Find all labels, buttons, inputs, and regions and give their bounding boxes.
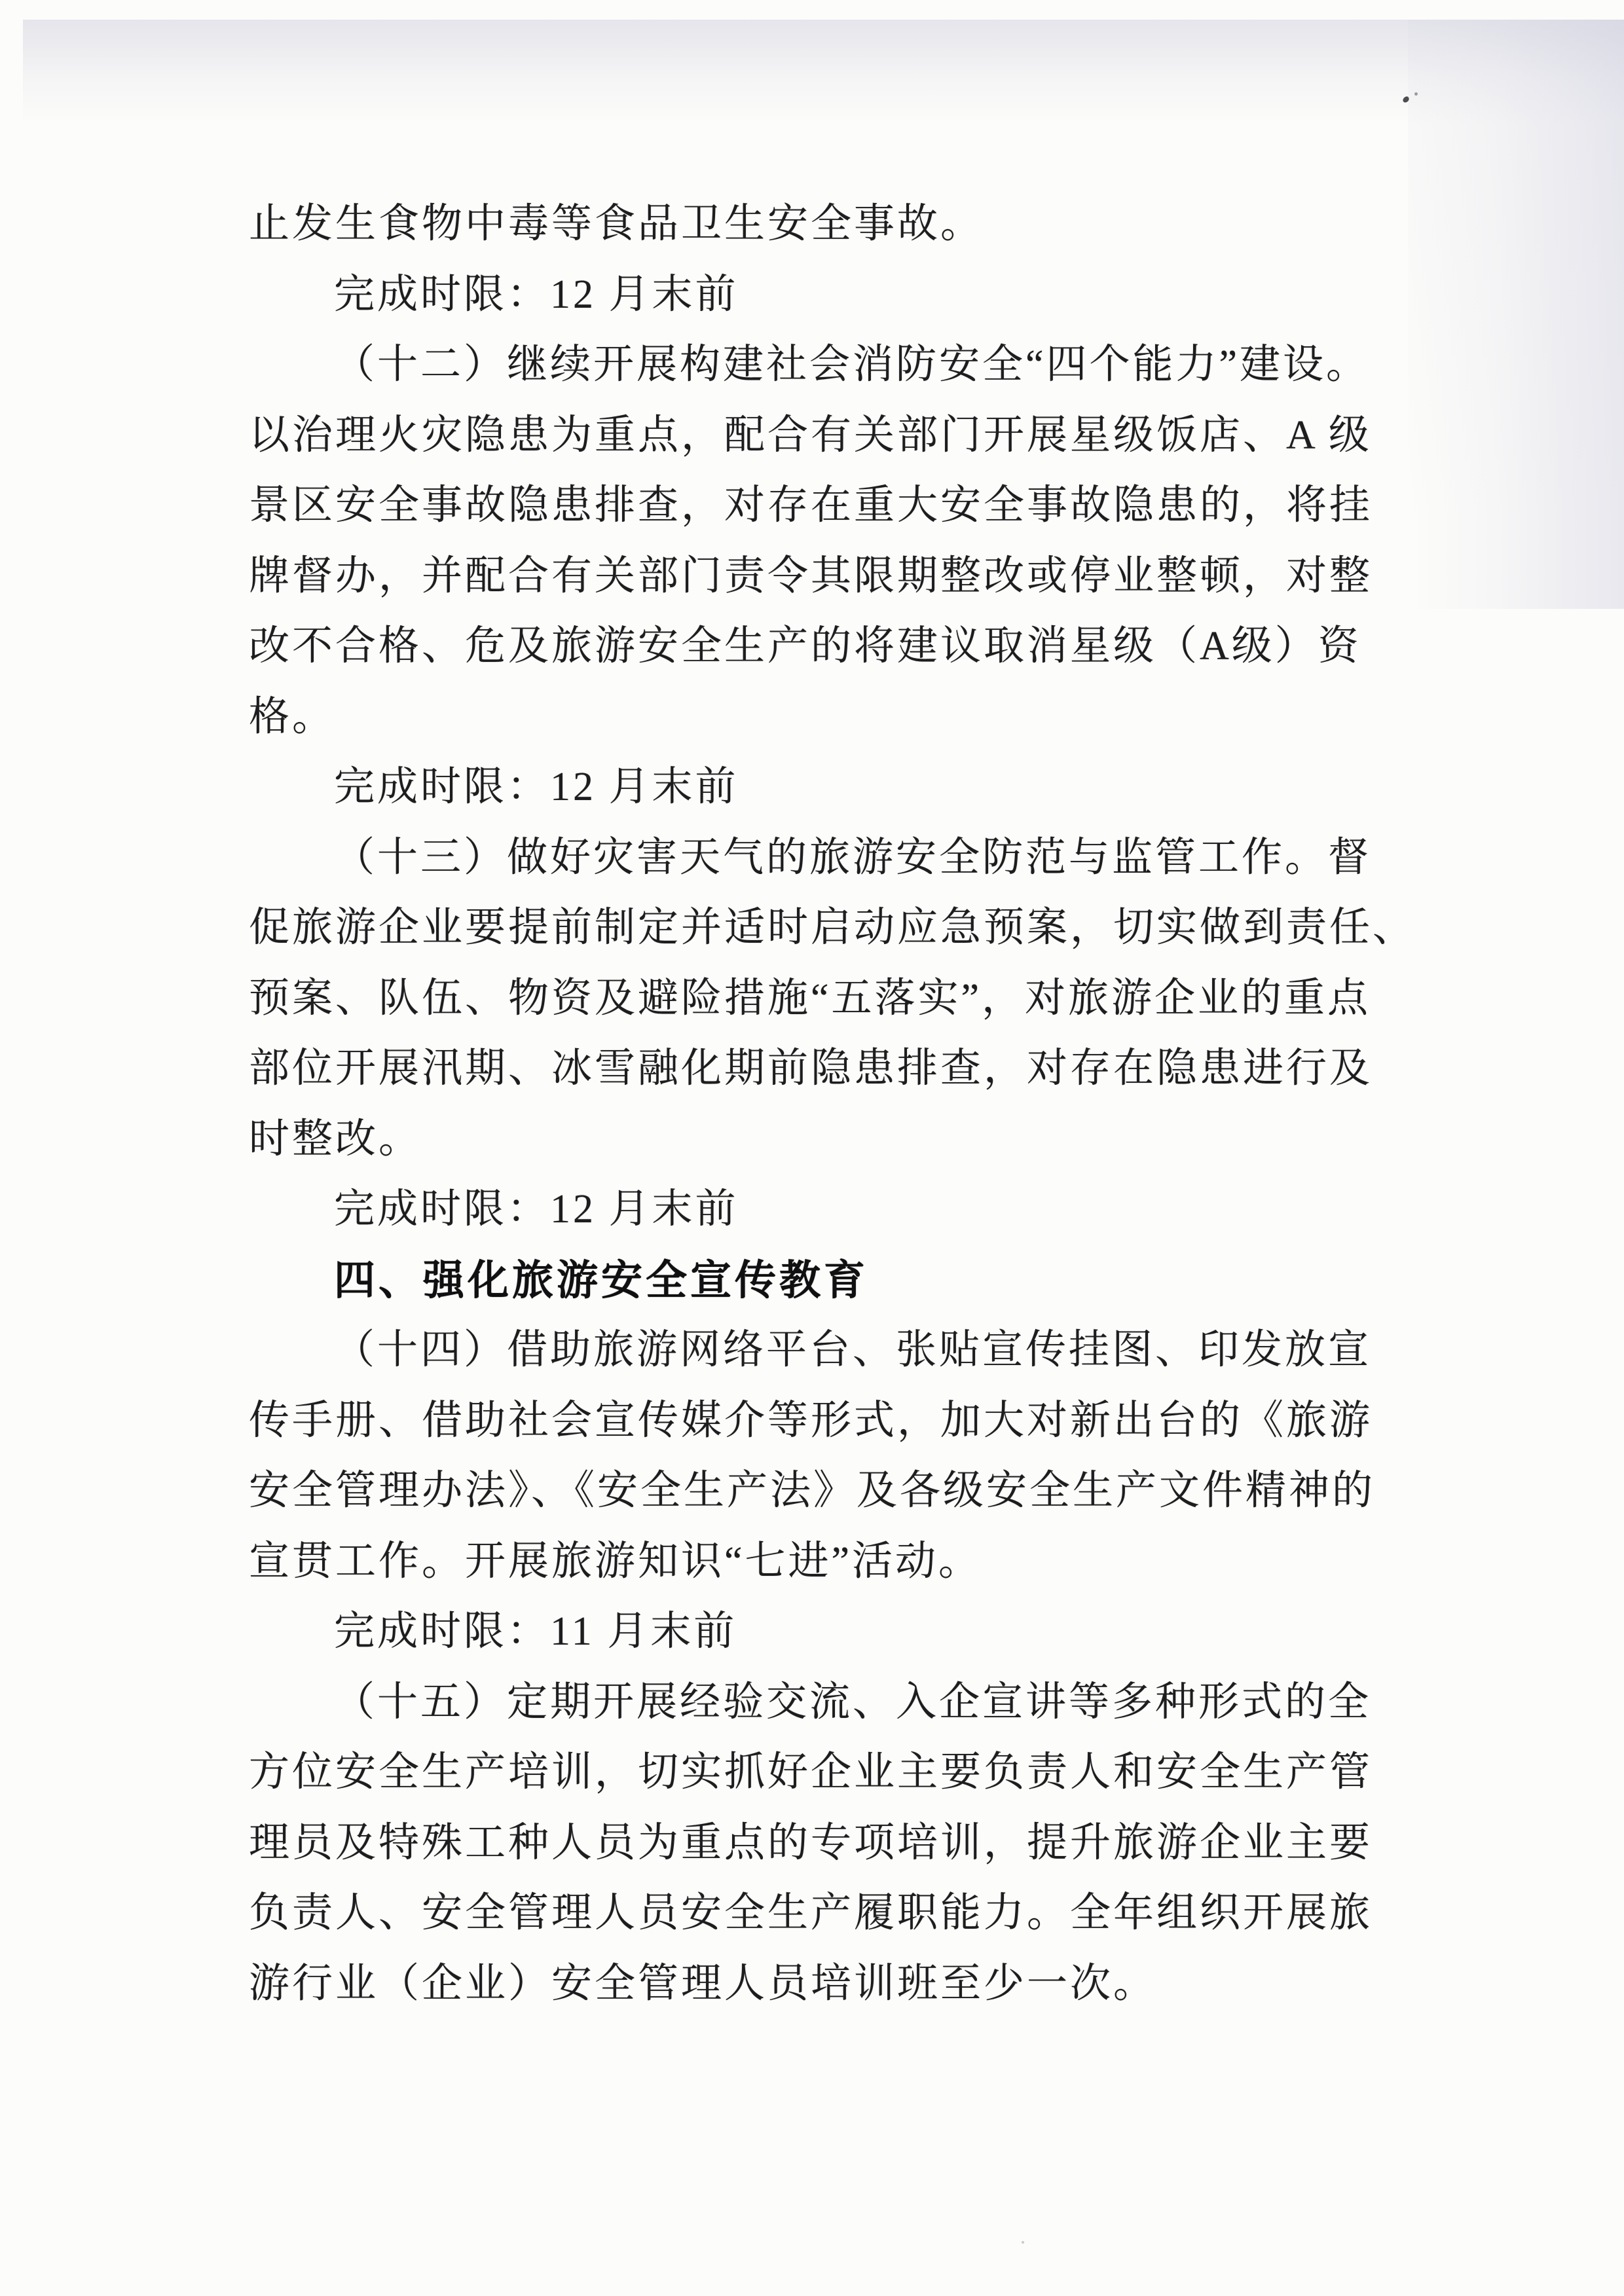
scan-shadow-right <box>1408 20 1624 609</box>
text-line: 促旅游企业要提前制定并适时启动应急预案，切实做到责任、 <box>249 893 1401 964</box>
text-line: 止发生食物中毒等食品卫生安全事故。 <box>249 189 1401 260</box>
scanned-page: 止发生食物中毒等食品卫生安全事故。 完成时限：12 月末前 （十二）继续开展构建… <box>0 0 1624 2296</box>
ink-speck <box>1414 92 1418 96</box>
ink-speck <box>1022 2241 1024 2244</box>
text-line: 时整改。 <box>249 1104 1401 1175</box>
item-15-line: （十五）定期开展经验交流、入企宣讲等多种形式的全 <box>249 1667 1401 1738</box>
text-line: 预案、队伍、物资及避险措施“五落实”，对旅游企业的重点 <box>249 964 1401 1034</box>
text-line: 安全管理办法》、《安全生产法》及各级安全生产文件精神的 <box>249 1456 1401 1527</box>
text-line: 格。 <box>249 682 1401 753</box>
text-line: 牌督办，并配合有关部门责令其限期整改或停业整顿，对整 <box>249 541 1401 612</box>
deadline-line: 完成时限：11 月末前 <box>249 1597 1401 1667</box>
item-14-line: （十四）借助旅游网络平台、张贴宣传挂图、印发放宣 <box>249 1315 1401 1386</box>
item-13-line: （十三）做好灾害天气的旅游安全防范与监管工作。督 <box>249 823 1401 894</box>
text-line: 景区安全事故隐患排查，对存在重大安全事故隐患的，将挂 <box>249 471 1401 541</box>
text-line: 以治理火灾隐患为重点，配合有关部门开展星级饭店、A 级 <box>249 401 1401 471</box>
deadline-line: 完成时限：12 月末前 <box>249 260 1401 331</box>
item-12-line: （十二）继续开展构建社会消防安全“四个能力”建设。 <box>249 330 1401 401</box>
document-text-block: 止发生食物中毒等食品卫生安全事故。 完成时限：12 月末前 （十二）继续开展构建… <box>249 189 1401 2019</box>
text-line: 部位开展汛期、冰雪融化期前隐患排查，对存在隐患进行及 <box>249 1034 1401 1104</box>
text-line: 方位安全生产培训，切实抓好企业主要负责人和安全生产管 <box>249 1738 1401 1808</box>
ink-speck <box>1402 96 1411 103</box>
text-line: 宣贯工作。开展旅游知识“七进”活动。 <box>249 1527 1401 1597</box>
text-line: 游行业（企业）安全管理人员培训班至少一次。 <box>249 1949 1401 2020</box>
text-line: 理员及特殊工种人员为重点的专项培训，提升旅游企业主要 <box>249 1808 1401 1879</box>
deadline-line: 完成时限：12 月末前 <box>249 1175 1401 1245</box>
scan-shadow-top <box>23 20 1624 124</box>
text-line: 改不合格、危及旅游安全生产的将建议取消星级（A级）资 <box>249 611 1401 682</box>
text-line: 传手册、借助社会宣传媒介等形式，加大对新出台的《旅游 <box>249 1386 1401 1457</box>
deadline-line: 完成时限：12 月末前 <box>249 752 1401 823</box>
text-line: 负责人、安全管理人员安全生产履职能力。全年组织开展旅 <box>249 1878 1401 1949</box>
section-heading: 四、强化旅游安全宣传教育 <box>249 1245 1401 1316</box>
